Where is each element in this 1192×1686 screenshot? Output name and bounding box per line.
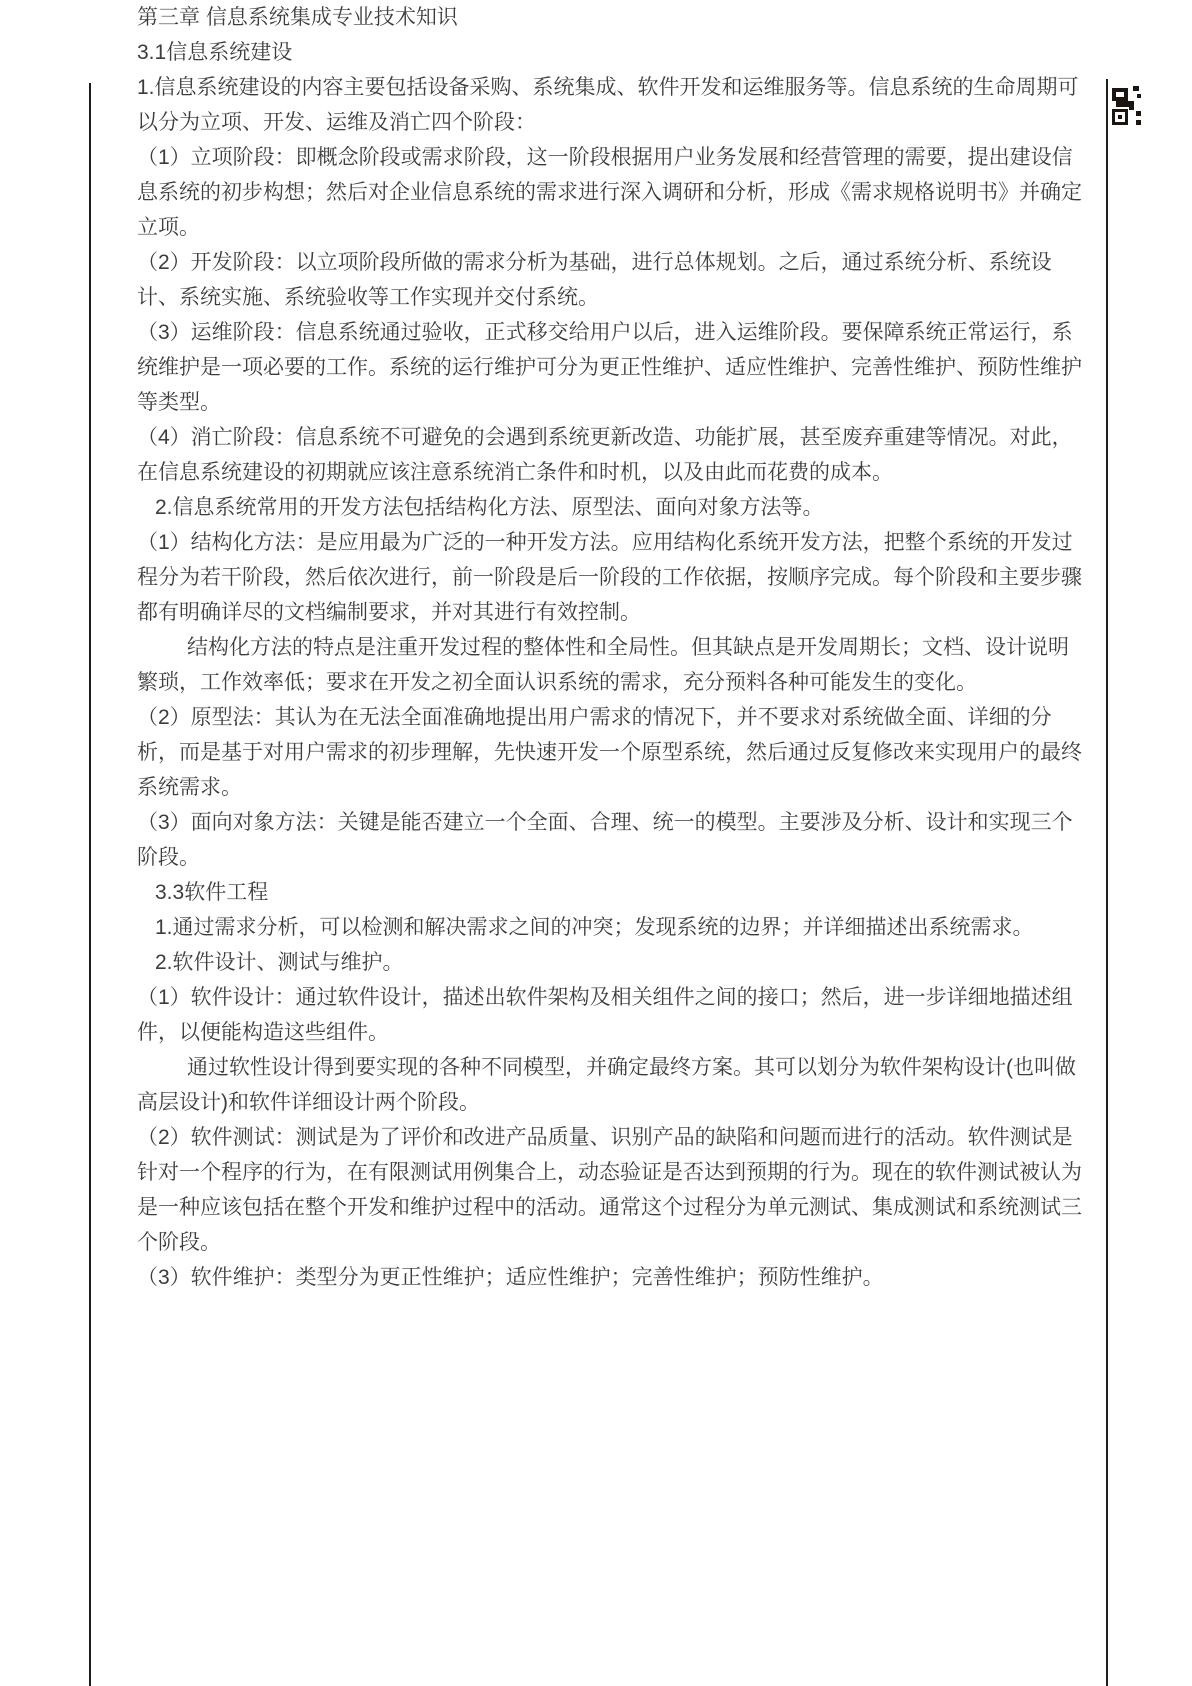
right-page-border <box>1106 79 1108 1686</box>
paragraph: 2.软件设计、测试与维护。 <box>137 945 1085 980</box>
paragraph: 1.信息系统建设的内容主要包括设备采购、系统集成、软件开发和运维服务等。信息系统… <box>137 70 1085 140</box>
paragraph: 2.信息系统常用的开发方法包括结构化方法、原型法、面向对象方法等。 <box>137 490 1085 525</box>
qr-code-icon <box>1112 86 1146 126</box>
paragraph: （4）消亡阶段：信息系统不可避免的会遇到系统更新改造、功能扩展，甚至废弃重建等情… <box>137 420 1085 490</box>
paragraph: 1.通过需求分析，可以检测和解决需求之间的冲突；发现系统的边界；并详细描述出系统… <box>137 910 1085 945</box>
document-content: 第三章 信息系统集成专业技术知识 3.1信息系统建设 1.信息系统建设的内容主要… <box>137 0 1085 1295</box>
paragraph: （2）原型法：其认为在无法全面准确地提出用户需求的情况下，并不要求对系统做全面、… <box>137 700 1085 805</box>
paragraph: （1）软件设计：通过软件设计，描述出软件架构及相关组件之间的接口；然后，进一步详… <box>137 980 1085 1050</box>
section-heading-3-1: 3.1信息系统建设 <box>137 35 1085 70</box>
section-heading-3-3: 3.3软件工程 <box>137 875 1085 910</box>
paragraph: （2）开发阶段：以立项阶段所做的需求分析为基础，进行总体规划。之后，通过系统分析… <box>137 245 1085 315</box>
paragraph: （1）结构化方法：是应用最为广泛的一种开发方法。应用结构化系统开发方法，把整个系… <box>137 525 1085 630</box>
paragraph: （3）面向对象方法：关键是能否建立一个全面、合理、统一的模型。主要涉及分析、设计… <box>137 805 1085 875</box>
paragraph: 通过软性设计得到要实现的各种不同模型，并确定最终方案。其可以划分为软件架构设计(… <box>137 1050 1085 1120</box>
chapter-title: 第三章 信息系统集成专业技术知识 <box>137 0 1085 35</box>
paragraph: 结构化方法的特点是注重开发过程的整体性和全局性。但其缺点是开发周期长；文档、设计… <box>137 630 1085 700</box>
left-page-border <box>89 83 91 1686</box>
paragraph: （3）软件维护：类型分为更正性维护；适应性维护；完善性维护；预防性维护。 <box>137 1260 1085 1295</box>
paragraph: （1）立项阶段：即概念阶段或需求阶段，这一阶段根据用户业务发展和经营管理的需要，… <box>137 140 1085 245</box>
document-page: 第三章 信息系统集成专业技术知识 3.1信息系统建设 1.信息系统建设的内容主要… <box>0 0 1192 1686</box>
paragraph: （2）软件测试：测试是为了评价和改进产品质量、识别产品的缺陷和问题而进行的活动。… <box>137 1120 1085 1260</box>
paragraph: （3）运维阶段：信息系统通过验收，正式移交给用户以后，进入运维阶段。要保障系统正… <box>137 315 1085 420</box>
